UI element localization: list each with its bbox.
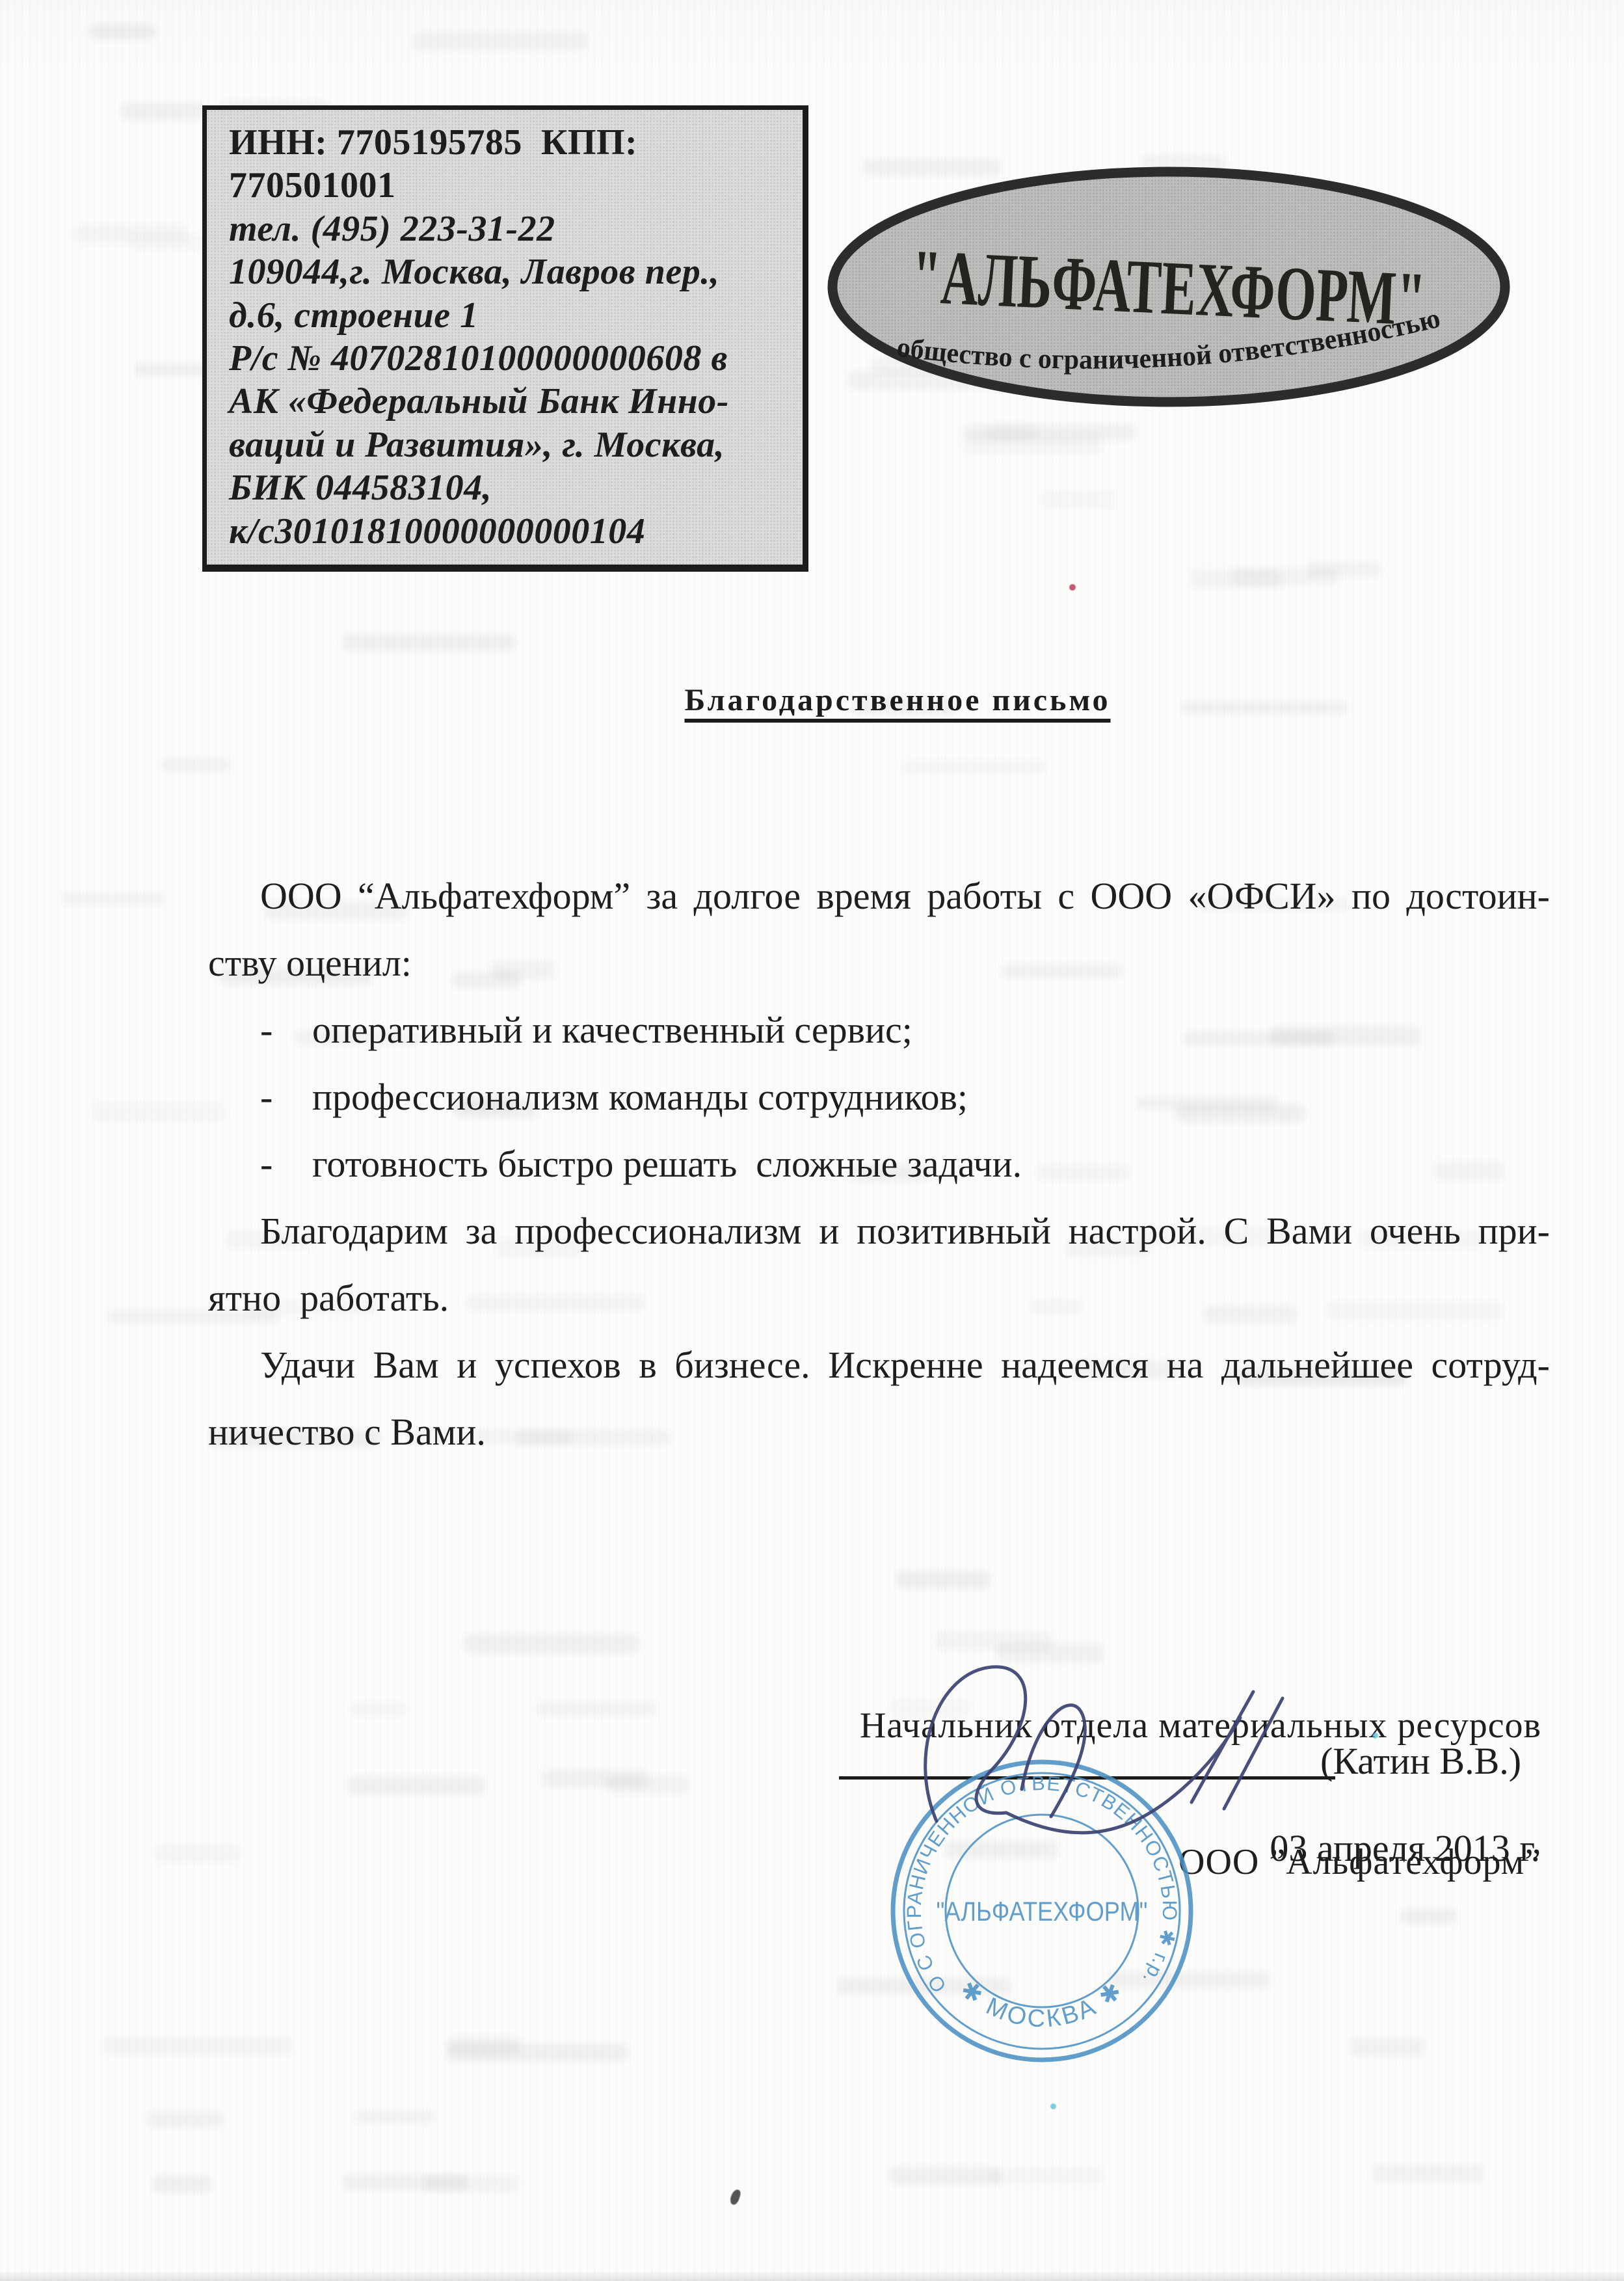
handwritten-signature	[901, 1655, 1343, 1863]
requisites-line: 109044,г. Москва, Лавров пер.,	[229, 250, 786, 293]
signer-name: (Катин В.В.)	[1320, 1739, 1521, 1783]
requisites-line: Р/с № 40702810100000000608 в	[229, 337, 786, 380]
paragraph-line: ятно работать.	[208, 1264, 1550, 1331]
cyan-speck	[1050, 2103, 1056, 2109]
list-item: -оперативный и качественный сервис;	[208, 996, 1550, 1063]
company-logo: "АЛЬФАТЕХФОРМ" общество с ограниченной о…	[822, 163, 1515, 411]
requisites-line: тел. (495) 223-31-22	[229, 207, 786, 250]
requisites-line: д.6, строение 1	[229, 294, 786, 337]
requisites-line: БИК 044583104,	[229, 466, 786, 509]
paragraph-line: Удачи Вам и успехов в бизнесе. Искренне …	[208, 1331, 1550, 1398]
letter-title-row: Благодарственное письмо	[208, 682, 1587, 718]
stamp-city-text: ✱ МОСКВА ✱	[955, 1975, 1129, 2033]
bullet-item-text: готовность быстро решать сложные задачи.	[312, 1143, 1022, 1185]
list-item: -профессионализм команды сотрудников;	[208, 1063, 1550, 1130]
requisites-line: к/с30101810000000000104	[229, 510, 786, 553]
requisites-line: АК «Федеральный Банк Инно-	[229, 380, 786, 423]
ink-speck	[729, 2189, 742, 2206]
letter-body: ООО “Альфатехформ” за долгое время работ…	[208, 862, 1550, 1465]
requisites-line: ваций и Развития», г. Москва,	[229, 423, 786, 466]
letter-title: Благодарственное письмо	[684, 682, 1110, 718]
red-ink-dot	[1069, 584, 1076, 591]
list-item: -готовность быстро решать сложные задачи…	[208, 1130, 1550, 1197]
scanned-letter-page: ИНН: 7705195785 КПП: 770501001 тел. (495…	[0, 0, 1624, 2281]
paragraph-line: ничество с Вами.	[208, 1398, 1550, 1465]
bullet-marker: -	[260, 1063, 312, 1130]
letterhead-requisites-box: ИНН: 7705195785 КПП: 770501001 тел. (495…	[202, 105, 808, 572]
bullet-item-text: профессионализм команды сотрудников;	[312, 1076, 968, 1118]
bullet-item-text: оперативный и качественный сервис;	[312, 1009, 912, 1051]
cyan-speck	[1372, 1733, 1378, 1739]
paragraph-line: Благодарим за профессионализм и позитивн…	[208, 1197, 1550, 1264]
bullet-marker: -	[260, 996, 312, 1063]
paragraph-line: ООО “Альфатехформ” за долгое время работ…	[208, 862, 1550, 929]
bullet-marker: -	[260, 1130, 312, 1197]
paragraph-line: ству оценил:	[208, 929, 1550, 996]
scanner-edge-shadow	[0, 2271, 1624, 2281]
requisites-line: ИНН: 7705195785 КПП:	[229, 121, 786, 164]
requisites-line: 770501001	[229, 164, 786, 207]
stamp-company-name: "АЛЬФАТЕХФОРМ"	[937, 1896, 1148, 1927]
